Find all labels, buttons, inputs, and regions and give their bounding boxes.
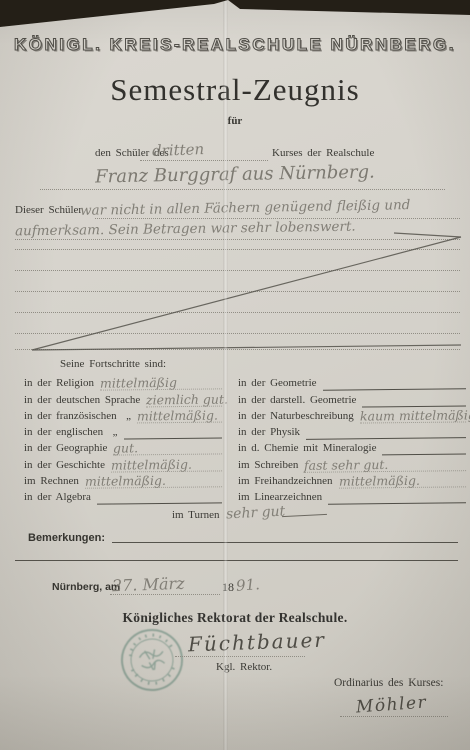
subject-label: in der Religion: [24, 377, 94, 390]
subject-label: in der Physik: [238, 426, 300, 439]
for-label: für: [0, 115, 470, 127]
subject-row: in der französischen „mittelmäßig.: [24, 407, 222, 423]
ruled-line: [15, 249, 460, 250]
ruled-line: [110, 594, 220, 595]
subject-grade: mittelmäßig.: [85, 473, 222, 488]
subject-label: im Linearzeichnen: [238, 491, 322, 504]
remark-handwritten-line1: war nicht in allen Fächern genügend flei…: [80, 197, 411, 219]
subject-label: in der französischen „: [24, 410, 131, 423]
subject-grade: mittelmäßig.: [137, 408, 222, 423]
progress-left-column: in der Religionmittelmäßig in der deutsc…: [24, 374, 222, 504]
place-label: Nürnberg, am: [52, 581, 120, 593]
subject-row: in der deutschen Spracheziemlich gut.: [24, 390, 222, 406]
remarks-line: [112, 542, 458, 543]
year-printed: 18: [222, 580, 234, 595]
ruled-line: [15, 270, 460, 271]
turnen-label: im Turnen: [172, 509, 220, 521]
subject-row: in der englischen „: [24, 423, 222, 439]
course-handwritten: dritten: [152, 140, 205, 160]
ruled-line: [340, 716, 448, 717]
progress-right-column: in der Geometrie in der darstell. Geomet…: [238, 374, 466, 504]
remarks-label: Bemerkungen:: [28, 532, 105, 544]
ruled-line: [15, 312, 460, 313]
subject-grade: [97, 503, 222, 505]
subject-label: in der Naturbeschreibung: [238, 410, 354, 423]
ruled-line: [140, 160, 268, 161]
subject-label: in der Geographie: [24, 442, 107, 455]
ruled-line: [15, 239, 460, 240]
subject-label: in d. Chemie mit Mineralogie: [238, 442, 376, 455]
year-handwritten: 91.: [235, 575, 260, 595]
subject-row: in der Naturbeschreibungkaum mittelmäßig: [238, 407, 466, 423]
rektorat-heading: Königliches Rektorat der Realschule.: [0, 610, 470, 626]
remark-label: Dieser Schüler: [15, 204, 82, 216]
date-handwritten: 27. März: [112, 574, 185, 596]
ruled-line: [40, 189, 445, 190]
progress-heading: Seine Fortschritte sind:: [60, 358, 166, 370]
subject-label: in der Geschichte: [24, 459, 105, 472]
subject-grade: [328, 503, 466, 505]
subject-grade: mittelmäßig.: [111, 457, 222, 472]
subject-label: in der deutschen Sprache: [24, 394, 140, 407]
subject-grade: kaum mittelmäßig: [360, 408, 466, 423]
remark-handwritten-line2: aufmerksam. Sein Betragen war sehr loben…: [15, 219, 356, 240]
subject-row: in d. Chemie mit Mineralogie: [238, 439, 466, 455]
subject-grade: mittelmäßig: [100, 376, 222, 391]
remarks-line: [15, 560, 458, 561]
rektor-title: Kgl. Rektor.: [216, 661, 272, 673]
subject-grade: gut.: [113, 441, 222, 456]
subject-row: im Freihandzeichnenmittelmäßig.: [238, 472, 466, 488]
ruled-line: [175, 656, 305, 657]
rektor-signature: Füchtbauer: [188, 628, 327, 657]
subject-row: im Schreibenfast sehr gut.: [238, 455, 466, 471]
subject-row: im Rechnenmittelmäßig.: [24, 472, 222, 488]
subject-row: in der Religionmittelmäßig: [24, 374, 222, 390]
turnen-grade: sehr gut: [226, 503, 286, 522]
subject-label: im Freihandzeichnen: [238, 475, 333, 488]
subject-grade: ziemlich gut.: [146, 392, 222, 407]
student-name-handwritten: Franz Burggraf aus Nürnberg.: [45, 161, 425, 189]
subject-row: in der Geschichtemittelmäßig.: [24, 455, 222, 471]
subject-label: in der Algebra: [24, 491, 91, 504]
ruled-line: [15, 291, 460, 292]
pen-flourish: [282, 514, 327, 517]
student-line-suffix: Kurses der Realschule: [272, 147, 374, 159]
certificate-paper: KÖNIGL. KREIS-REALSCHULE NÜRNBERG. Semes…: [0, 0, 470, 750]
certificate-title: Semestral-Zeugnis: [0, 72, 470, 108]
ruled-line: [15, 349, 460, 350]
subject-grade: mittelmäßig.: [338, 473, 466, 488]
ordinarius-label: Ordinarius des Kurses:: [334, 677, 443, 689]
subject-row: in der Geographiegut.: [24, 439, 222, 455]
subject-label: in der darstell. Geometrie: [238, 394, 356, 407]
subject-label: im Schreiben: [238, 459, 298, 472]
subject-row: in der darstell. Geometrie: [238, 390, 466, 406]
ruled-line: [15, 333, 460, 334]
subject-row: im Linearzeichnen: [238, 488, 466, 504]
subject-row: in der Algebra: [24, 488, 222, 504]
subject-grade: fast sehr gut.: [304, 457, 466, 473]
subject-row: in der Physik: [238, 423, 466, 439]
round-ink-stamp-icon: [116, 624, 188, 696]
subject-label: in der englischen „: [24, 426, 118, 439]
school-name: KÖNIGL. KREIS-REALSCHULE NÜRNBERG.: [0, 35, 470, 55]
subject-label: im Rechnen: [24, 475, 79, 488]
subject-row: in der Geometrie: [238, 374, 466, 390]
ordinarius-signature: Möhler: [355, 693, 427, 718]
subject-label: in der Geometrie: [238, 377, 317, 390]
